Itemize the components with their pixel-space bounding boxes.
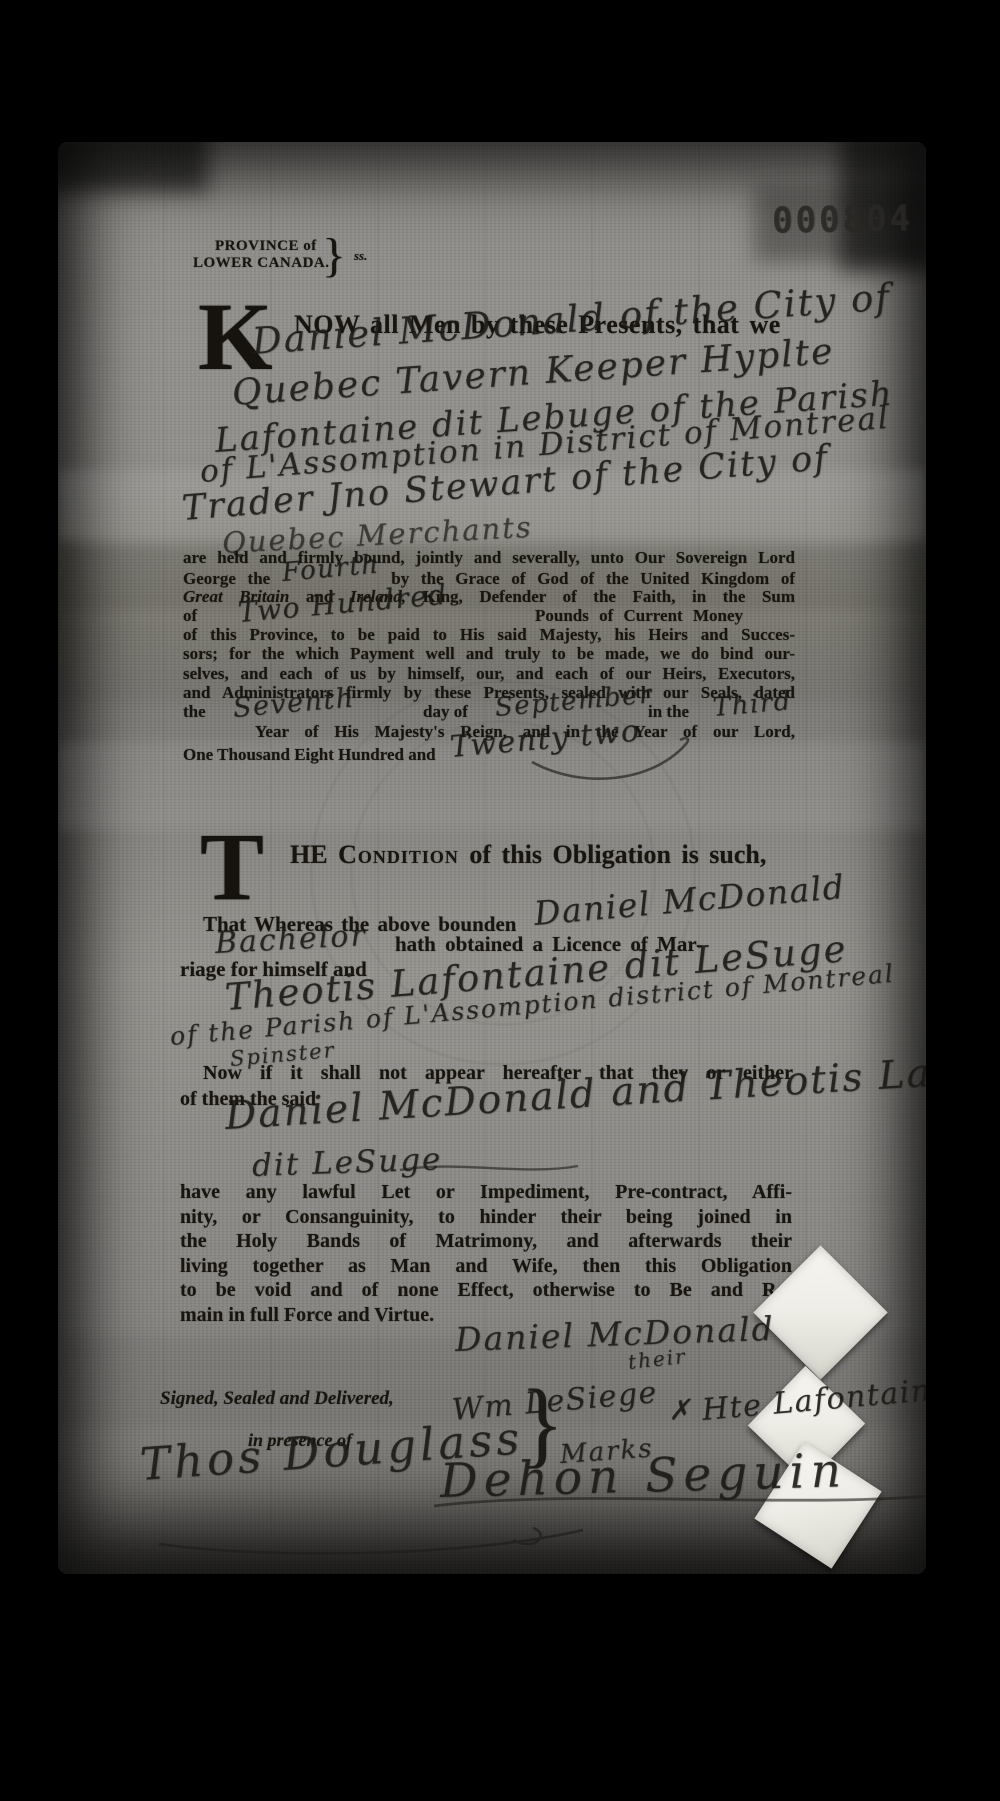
obligation-line-2-pre: George the	[183, 569, 270, 588]
attestation-line-1: Signed, Sealed and Delivered,	[160, 1388, 394, 1410]
clause-line-3: the Holy Bands of Matrimony, and afterwa…	[180, 1229, 792, 1254]
obligation-line-4: of Two Hundred Pounds of Current Money	[183, 606, 795, 625]
obligation-line-6: sors; for the which Payment well and tru…	[183, 644, 795, 663]
registrar-flourish	[430, 1482, 926, 1516]
clause-line-5: to be void and of none Effect, otherwise…	[180, 1278, 792, 1303]
obligation-line-9-pre: the	[183, 702, 206, 721]
obligation-line-5: of this Province, to be paid to His said…	[183, 625, 795, 644]
obligation-line-9-mid: day of	[423, 702, 468, 721]
province-block: PROVINCE of LOWER CANADA.	[193, 238, 330, 272]
province-line-1: PROVINCE of	[193, 238, 330, 255]
obligation-line-3-post: King, Defender of the Faith, in the Sum	[423, 587, 795, 606]
condition-heading: HE Condition of this Obligation is such,	[290, 840, 766, 870]
hw-insert-fourth: Fourth	[281, 556, 380, 584]
mark-cross: ✗	[667, 1394, 694, 1427]
obligation-line-7: selves, and each of us by himself, our, …	[183, 664, 795, 683]
clause-line-2: nity, or Consanguinity, to hinder their …	[180, 1205, 792, 1230]
obligation-line-11-pre: One Thousand Eight Hundred and	[183, 745, 436, 764]
corner-shadow-topleft	[58, 142, 208, 192]
scan-background: 000804 PROVINCE of LOWER CANADA. } ss. K…	[0, 0, 1000, 1801]
flourish-dit-lesuge-dash	[398, 1158, 583, 1180]
obligation-line-9: the Seventh day of September in the Thir…	[183, 702, 795, 721]
obligation-line-4-pre: of	[183, 606, 197, 625]
clause-line-4: living together as Man and Wife, then th…	[180, 1254, 792, 1279]
obligation-line-9-post: in the	[648, 702, 689, 721]
province-line-2: LOWER CANADA.	[193, 255, 330, 272]
ss-abbreviation: ss.	[354, 248, 367, 264]
clause-paragraph: have any lawful Let or Impediment, Pre-c…	[180, 1180, 792, 1327]
stamp-number: 000804	[772, 198, 914, 242]
obligation-line-1: are held and firmly bound, jointly and s…	[183, 548, 795, 567]
condition-dropcap: T	[200, 830, 264, 905]
condition-heading-rest: of this Obligation is such,	[469, 840, 766, 869]
obligation-line-2: George the Fourth by the Grace of God of…	[183, 567, 795, 586]
condition-heading-he: HE	[290, 840, 328, 869]
marks-line: Wm LeSiege ✗ Hte Lafontaine	[452, 1396, 926, 1431]
flourish-year-tail	[528, 734, 698, 796]
witness-flourish	[153, 1524, 593, 1558]
obligation-line-4-post: Pounds of Current Money	[535, 606, 743, 625]
obligation-line-2-post: by the Grace of God of the United Kingdo…	[391, 569, 795, 588]
clause-line-1: have any lawful Let or Impediment, Pre-c…	[180, 1180, 792, 1205]
hw-insert-regnal-year: Third	[712, 693, 792, 719]
obligation-paragraph: are held and firmly bound, jointly and s…	[183, 548, 795, 760]
obligation-line-11: One Thousand Eight Hundred and Twenty tw…	[183, 741, 795, 760]
condition-heading-condition: Condition	[338, 840, 459, 869]
section-brace: }	[322, 227, 346, 282]
hw-insert-day: Seventh	[232, 689, 355, 719]
document-page: 000804 PROVINCE of LOWER CANADA. } ss. K…	[58, 142, 926, 1574]
